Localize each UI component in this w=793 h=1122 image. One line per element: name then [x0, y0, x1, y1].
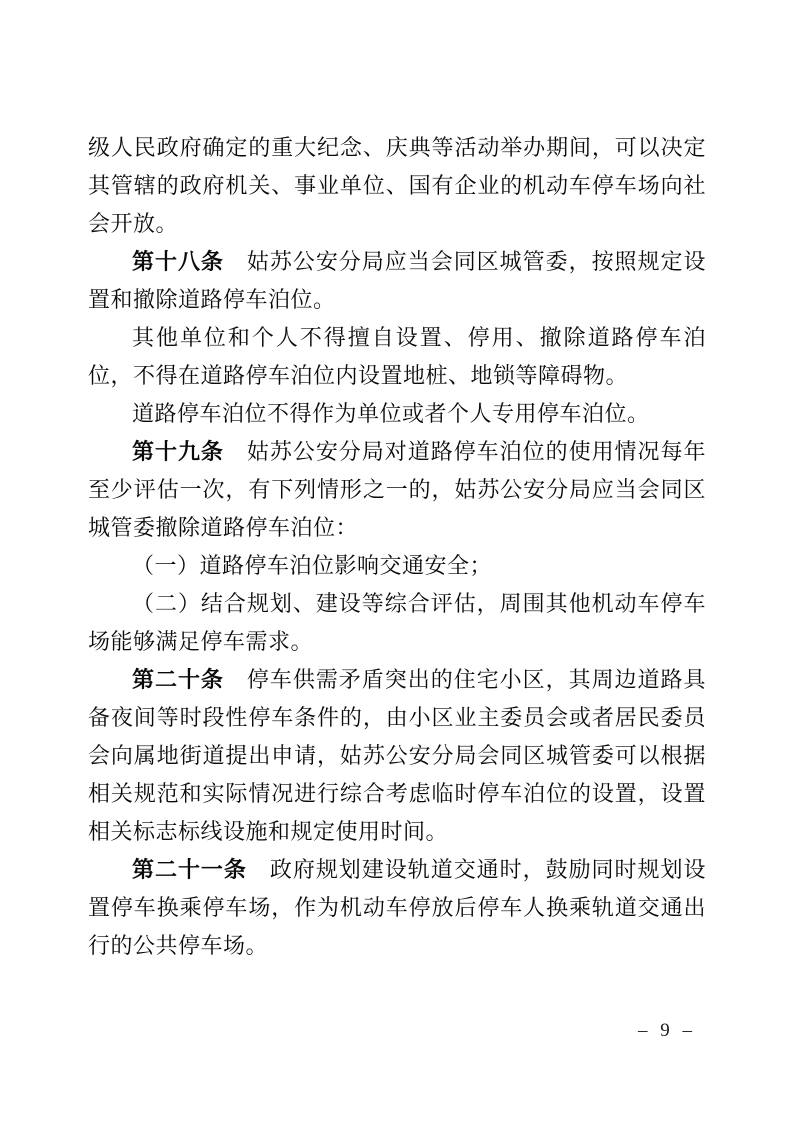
article-number: 第二十条: [132, 667, 224, 692]
paragraph-article-20: 第二十条 停车供需矛盾突出的住宅小区，其周边道路具备夜间等时段性停车条件的，由小…: [88, 661, 706, 851]
article-number: 第十八条: [132, 249, 224, 274]
paragraph-article-21: 第二十一条 政府规划建设轨道交通时，鼓励同时规划设置停车换乘停车场，作为机动车停…: [88, 851, 706, 965]
paragraph-item-2: （二）结合规划、建设等综合评估，周围其他机动车停车场能够满足停车需求。: [88, 585, 706, 661]
document-body: 级人民政府确定的重大纪念、庆典等活动举办期间，可以决定其管辖的政府机关、事业单位…: [88, 129, 706, 965]
article-number: 第十九条: [132, 439, 224, 464]
page-number: – 9 –: [638, 1020, 696, 1042]
paragraph-text: 级人民政府确定的重大纪念、庆典等活动举办期间，可以决定其管辖的政府机关、事业单位…: [88, 135, 706, 236]
paragraph-continuation: 级人民政府确定的重大纪念、庆典等活动举办期间，可以决定其管辖的政府机关、事业单位…: [88, 129, 706, 243]
paragraph-text: （二）结合规划、建设等综合评估，周围其他机动车停车场能够满足停车需求。: [88, 591, 706, 654]
paragraph: 道路停车泊位不得作为单位或者个人专用停车泊位。: [88, 395, 706, 433]
paragraph-text: （一）道路停车泊位影响交通安全；: [132, 553, 492, 578]
paragraph-text: 其他单位和个人不得擅自设置、停用、撤除道路停车泊位，不得在道路停车泊位内设置地桩…: [88, 325, 706, 388]
paragraph-article-19: 第十九条 姑苏公安分局对道路停车泊位的使用情况每年至少评估一次，有下列情形之一的…: [88, 433, 706, 547]
paragraph-article-18: 第十八条 姑苏公安分局应当会同区城管委，按照规定设置和撤除道路停车泊位。: [88, 243, 706, 319]
article-number: 第二十一条: [132, 857, 247, 882]
paragraph-item-1: （一）道路停车泊位影响交通安全；: [88, 547, 706, 585]
document-page: 级人民政府确定的重大纪念、庆典等活动举办期间，可以决定其管辖的政府机关、事业单位…: [0, 0, 793, 1122]
paragraph-text: 道路停车泊位不得作为单位或者个人专用停车泊位。: [132, 401, 650, 426]
paragraph: 其他单位和个人不得擅自设置、停用、撤除道路停车泊位，不得在道路停车泊位内设置地桩…: [88, 319, 706, 395]
paragraph-text: 停车供需矛盾突出的住宅小区，其周边道路具备夜间等时段性停车条件的，由小区业主委员…: [88, 667, 706, 844]
